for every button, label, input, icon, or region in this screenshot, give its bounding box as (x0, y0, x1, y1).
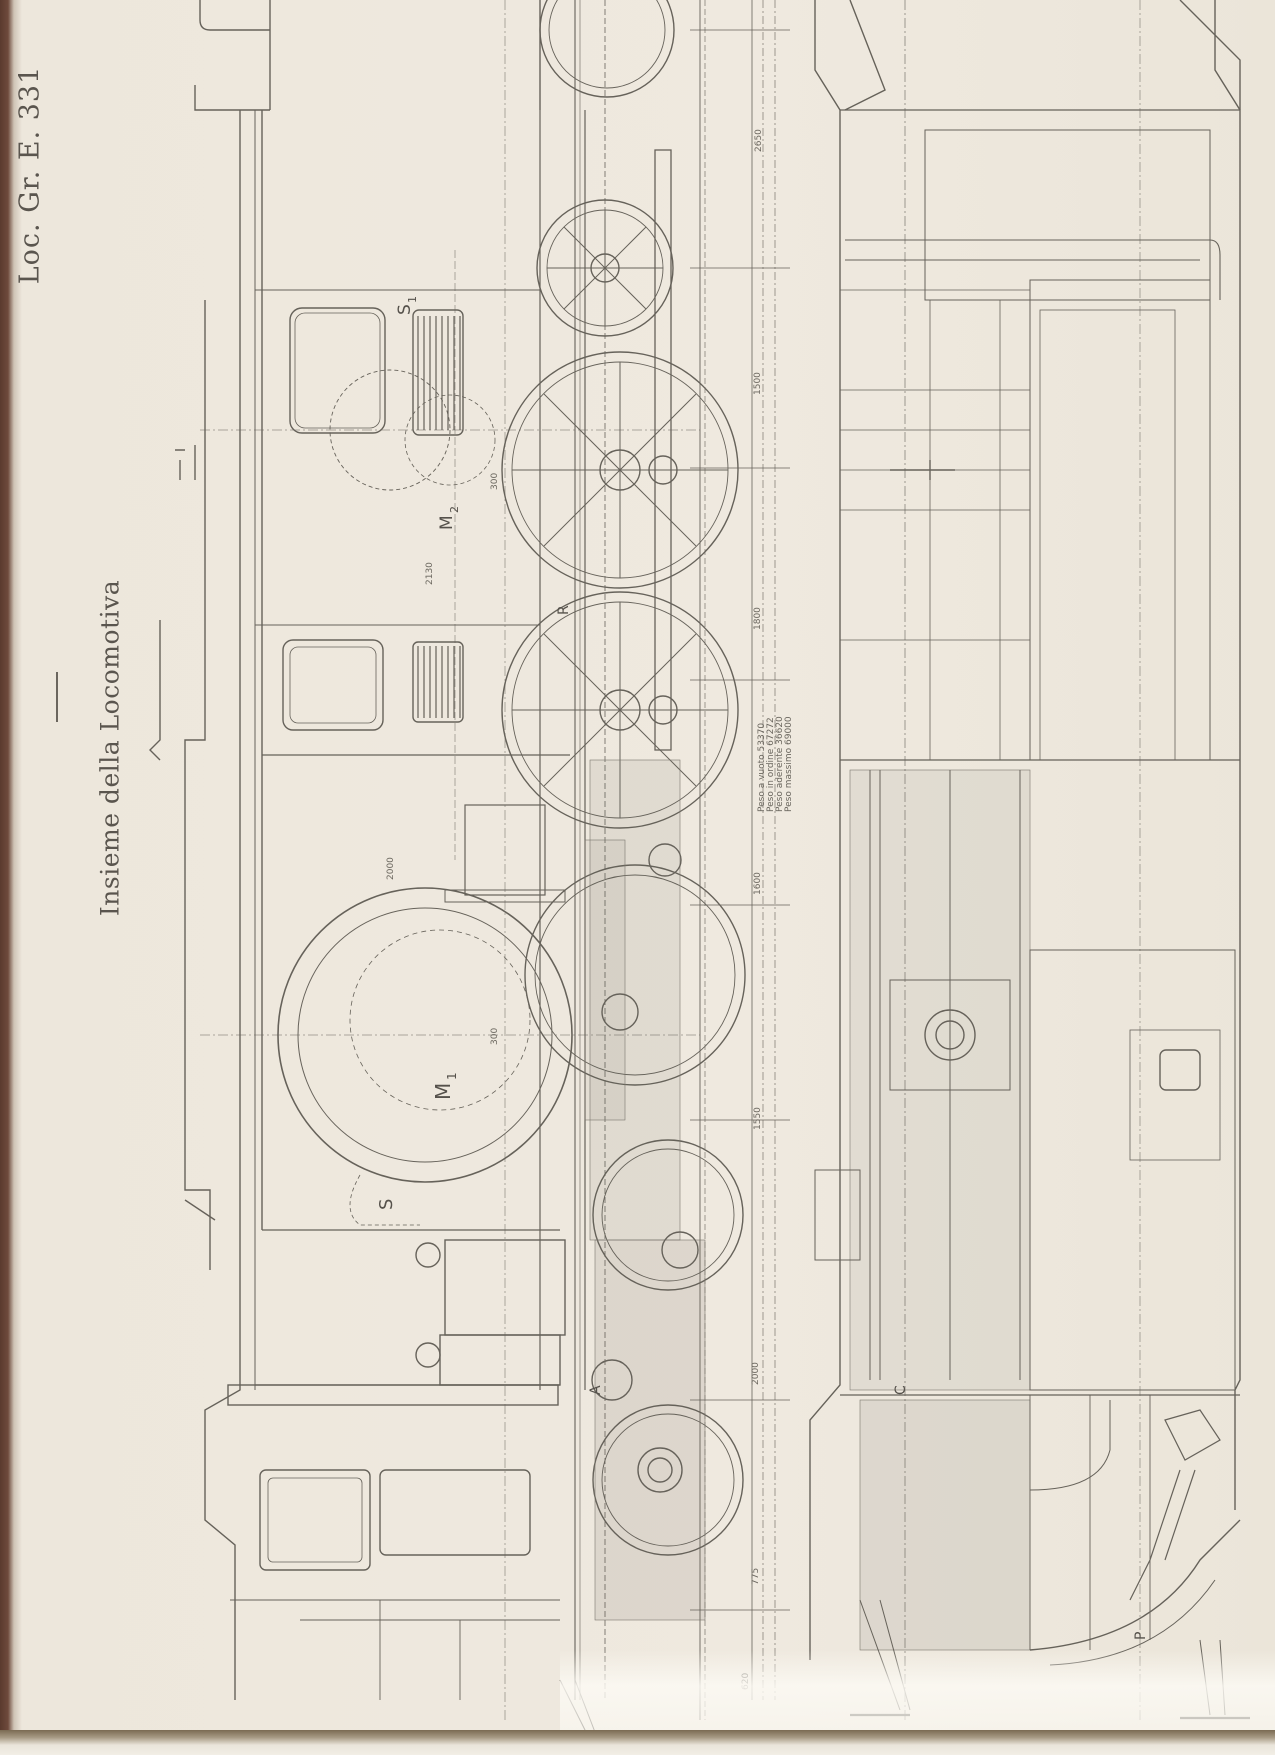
label-s1-sub: 1 (406, 296, 419, 303)
dim-1500: 1500 (753, 372, 763, 395)
dim-1600: 1600 (753, 872, 763, 895)
page-bottom-edge (0, 1730, 1275, 1755)
label-s: S (376, 1199, 397, 1210)
dim-2650: 2650 (754, 129, 764, 152)
dim-2130: 2130 (425, 562, 435, 585)
label-m1-sub: 1 (445, 1072, 459, 1080)
label-m2: M (437, 515, 457, 530)
document-title: Loc. Gr. E. 331 (15, 66, 46, 285)
dim-2000: 2000 (751, 1362, 761, 1385)
label-p: P (1133, 1632, 1149, 1640)
label-s1: S (395, 304, 415, 315)
dim-775: 775 (751, 1568, 761, 1585)
dim-300-upper: 300 (490, 473, 500, 490)
weight-row-4: Peso massimo 69000 (784, 716, 794, 812)
document-subtitle: Insieme della Locomotiva (96, 580, 125, 916)
label-a: A (588, 1385, 604, 1395)
scan-glare (560, 1650, 1275, 1730)
label-m2-sub: 2 (448, 506, 461, 513)
dim-1800: 1800 (753, 607, 763, 630)
dim-1550: 1550 (753, 1107, 763, 1130)
dim-2000-body: 2000 (386, 857, 396, 880)
dim-300-lower: 300 (490, 1028, 500, 1045)
label-r: R (556, 605, 572, 615)
label-m1: M (431, 1083, 455, 1100)
title-divider (56, 672, 58, 722)
locomotive-technical-drawing: S 1 M 2 R M 1 S C A P 2650 1500 1800 16 (0, 0, 1275, 1755)
label-c: C (893, 1385, 909, 1395)
weight-table: Peso a vuoto 53370 Peso in ordine 67272 … (757, 716, 794, 812)
